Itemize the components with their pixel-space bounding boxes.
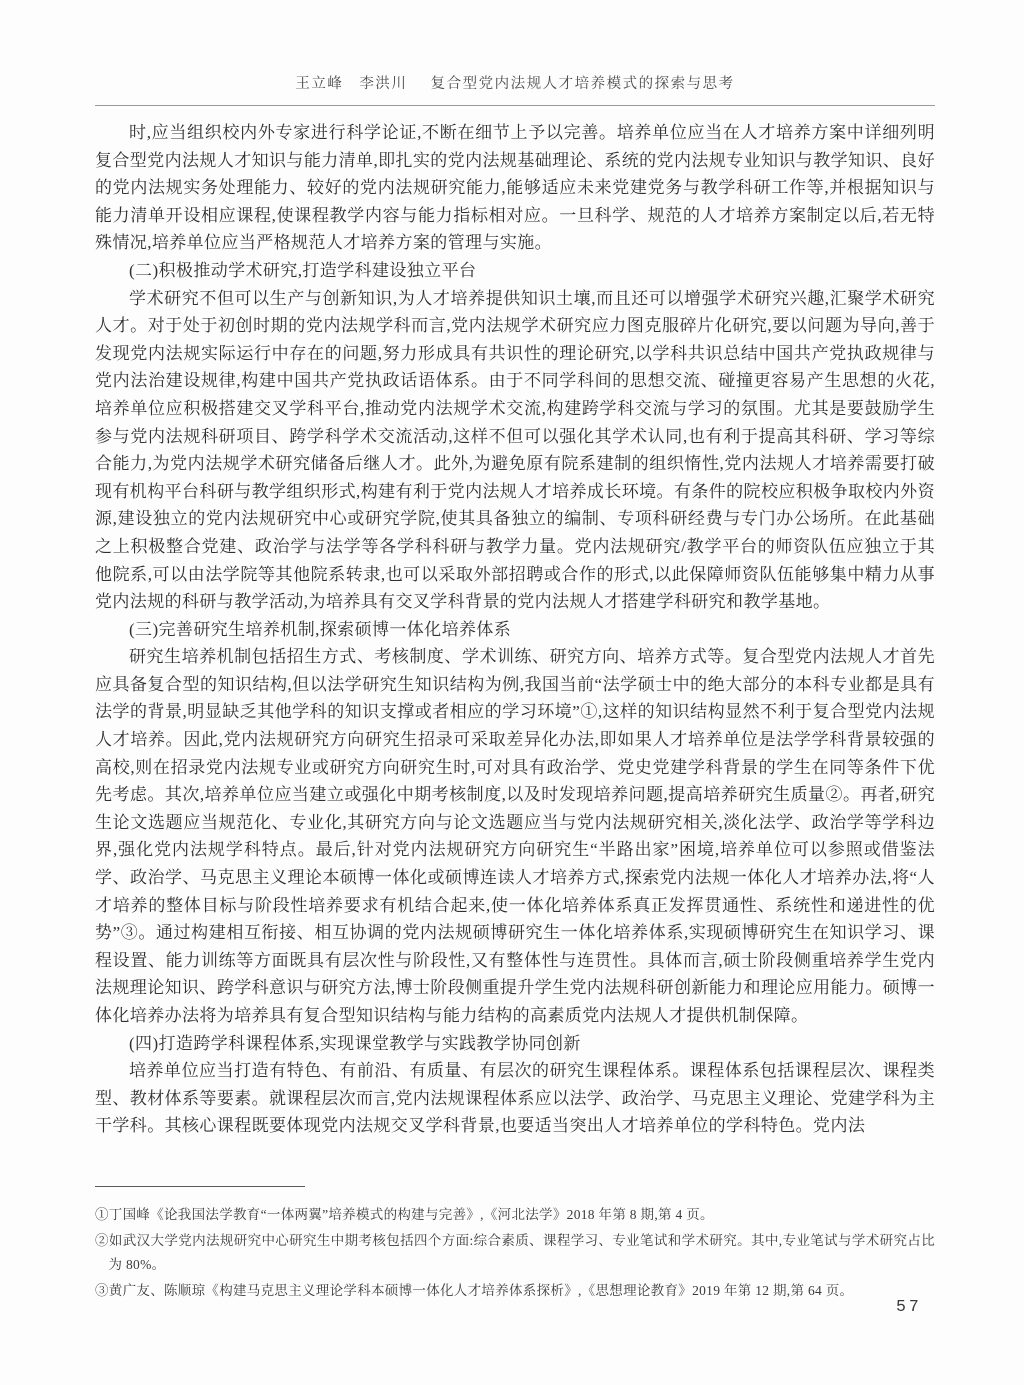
journal-page: 王立峰 李洪川复合型党内法规人才培养模式的探索与思考 时,应当组织校内外专家进行… (0, 0, 1024, 1385)
running-head-authors: 王立峰 李洪川 (295, 76, 407, 92)
article-body: 时,应当组织校内外专家进行科学论证,不断在细节上予以完善。培养单位应当在人才培养… (95, 119, 935, 1181)
section-heading-2: (二)积极推动学术研究,打造学科建设独立平台 (95, 257, 935, 285)
paragraph-2: 学术研究不但可以生产与创新知识,为人才培养提供知识土壤,而且还可以增强学术研究兴… (95, 285, 935, 616)
paragraph-4: 培养单位应当打造有特色、有前沿、有质量、有层次的研究生课程体系。课程体系包括课程… (95, 1057, 935, 1140)
page-content: 王立峰 李洪川复合型党内法规人才培养模式的探索与思考 时,应当组织校内外专家进行… (95, 0, 935, 1181)
section-heading-4: (四)打造跨学科课程体系,实现课堂教学与实践教学协同创新 (95, 1030, 935, 1058)
paragraph-1: 时,应当组织校内外专家进行科学论证,不断在细节上予以完善。培养单位应当在人才培养… (95, 119, 935, 257)
header-divider (95, 105, 935, 106)
footnote-area: ①丁国峰《论我国法学教育“一体两翼”培养模式的构建与完善》,《河北法学》2018… (95, 1186, 935, 1305)
footnotes: ①丁国峰《论我国法学教育“一体两翼”培养模式的构建与完善》,《河北法学》2018… (95, 1203, 935, 1303)
footnote-divider (95, 1186, 305, 1187)
running-head-title: 复合型党内法规人才培养模式的探索与思考 (431, 76, 735, 92)
footnote-1: ①丁国峰《论我国法学教育“一体两翼”培养模式的构建与完善》,《河北法学》2018… (95, 1203, 935, 1227)
section-heading-3: (三)完善研究生培养机制,探索硕博一体化培养体系 (95, 616, 935, 644)
footnote-2: ②如武汉大学党内法规研究中心研究生中期考核包括四个方面:综合素质、课程学习、专业… (95, 1229, 935, 1277)
page-number: 57 (896, 1297, 922, 1316)
paragraph-3: 研究生培养机制包括招生方式、考核制度、学术训练、研究方向、培养方式等。复合型党内… (95, 643, 935, 1029)
footnote-3: ③黄广友、陈顺琼《构建马克思主义理论学科本硕博一体化人才培养体系探析》,《思想理… (95, 1279, 935, 1303)
running-head: 王立峰 李洪川复合型党内法规人才培养模式的探索与思考 (95, 72, 935, 93)
